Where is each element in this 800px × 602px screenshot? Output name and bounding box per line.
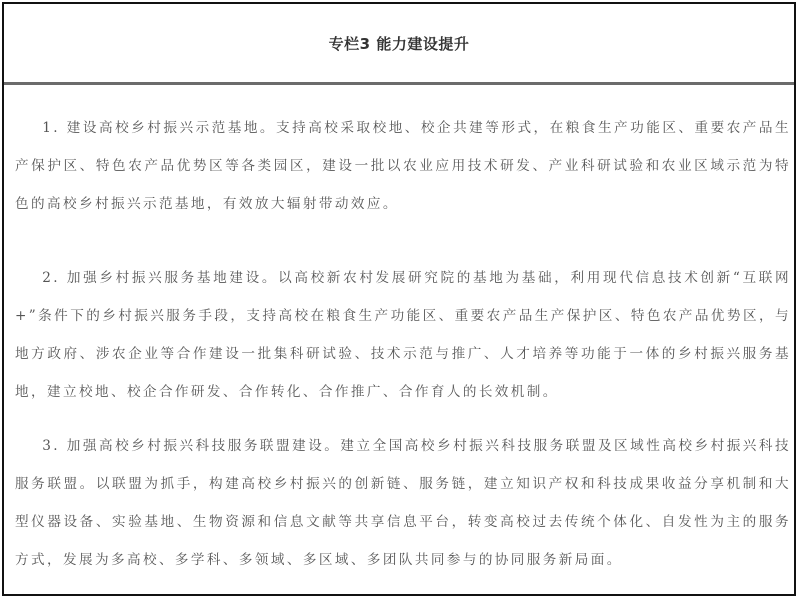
paragraph-2: 2. 加强乡村振兴服务基地建设。以高校新农村发展研究院的基地为基础，利用现代信息… bbox=[15, 259, 791, 411]
paragraph-3: 3. 加强高校乡村振兴科技服务联盟建设。建立全国高校乡村振兴科技服务联盟及区域性… bbox=[15, 427, 791, 579]
box-header: 专栏3 能力建设提升 bbox=[4, 4, 794, 82]
header-divider bbox=[4, 82, 794, 85]
paragraph-1: 1. 建设高校乡村振兴示范基地。支持高校采取校地、校企共建等形式，在粮食生产功能… bbox=[15, 109, 791, 223]
column-box: 专栏3 能力建设提升 1. 建设高校乡村振兴示范基地。支持高校采取校地、校企共建… bbox=[2, 2, 796, 596]
box-title: 专栏3 能力建设提升 bbox=[329, 33, 470, 54]
